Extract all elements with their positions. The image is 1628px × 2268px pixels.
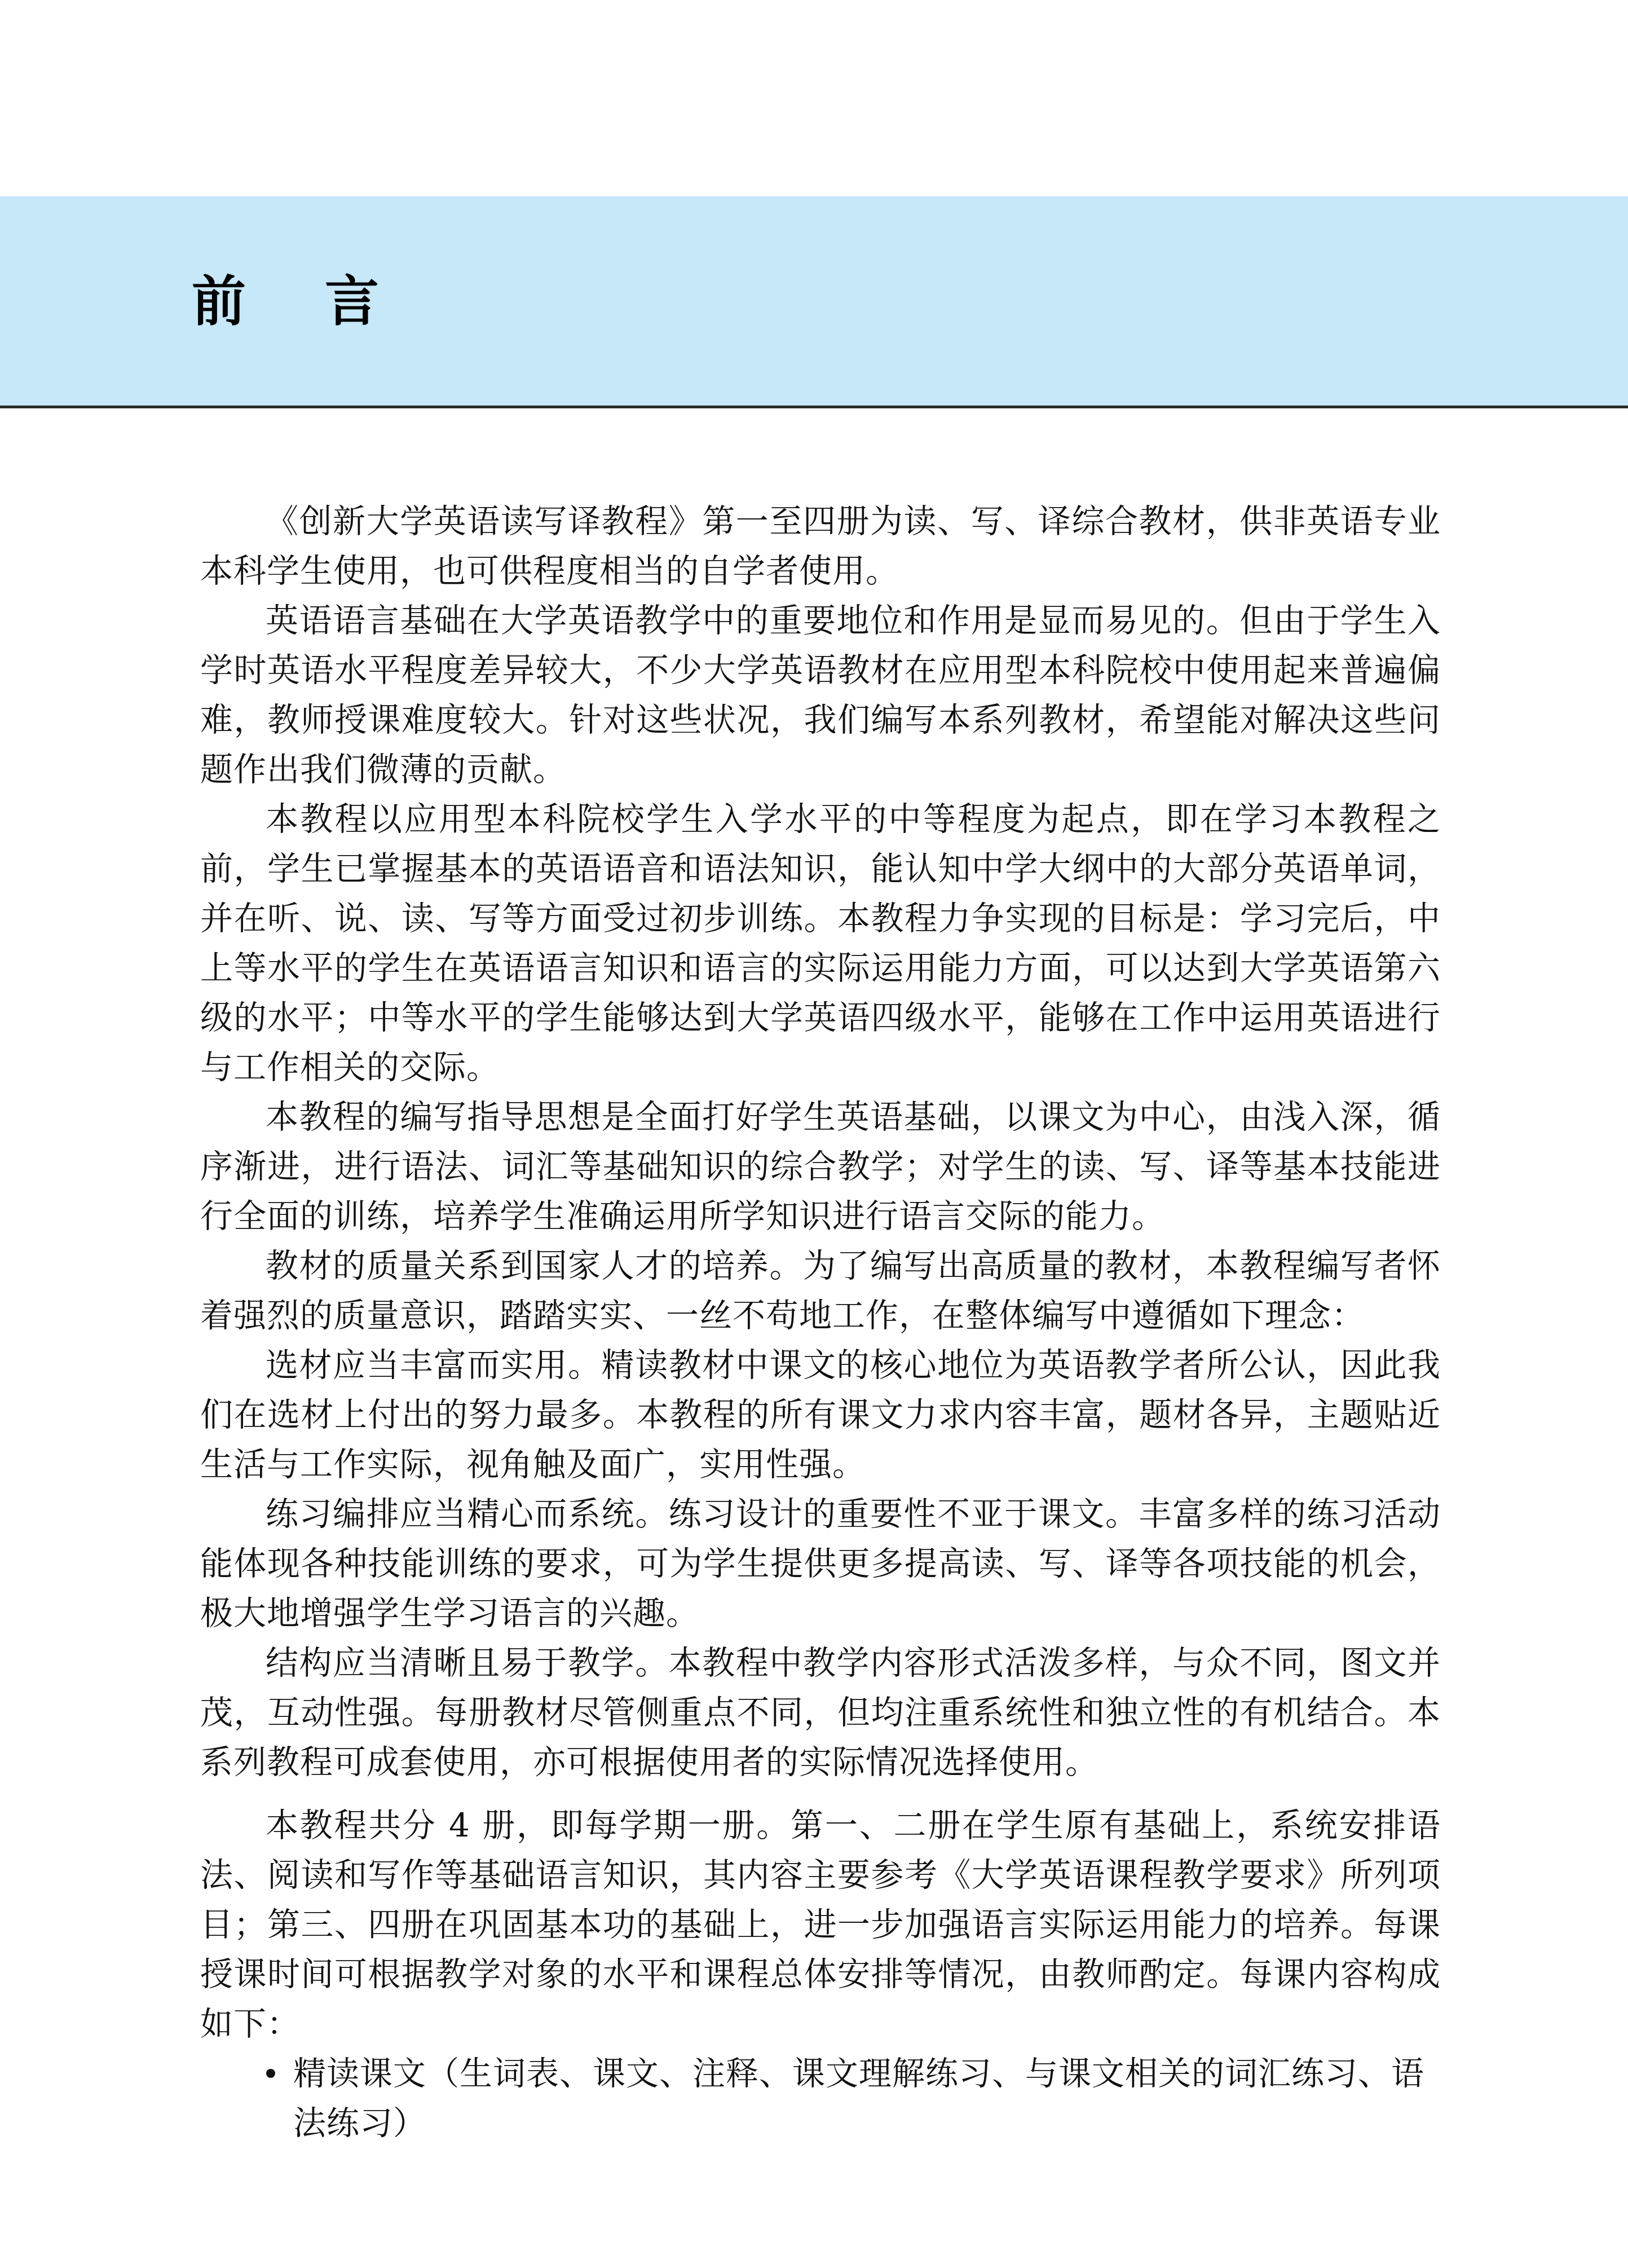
paragraph-guiding-principle: 本教程的编写指导思想是全面打好学生英语基础，以课文为中心，由浅入深，循序渐进，进… bbox=[200, 1092, 1441, 1241]
page-title-char-1: 前 bbox=[192, 274, 246, 328]
list-item: 精读课文（生词表、课文、注释、课文理解练习、与课文相关的词汇练习、语法练习） bbox=[200, 2049, 1441, 2148]
paragraph-volumes: 本教程共分 4 册，即每学期一册。第一、二册在学生原有基础上，系统安排语法、阅读… bbox=[200, 1800, 1441, 2049]
preface-body: 《创新大学英语读写译教程》第一至四册为读、写、译综合教材，供非英语专业本科学生使… bbox=[200, 496, 1441, 2148]
lesson-components-list: 精读课文（生词表、课文、注释、课文理解练习、与课文相关的词汇练习、语法练习） bbox=[200, 2049, 1441, 2148]
bullet-icon bbox=[266, 2069, 275, 2078]
title-banner: 前言 bbox=[0, 196, 1628, 408]
paragraph-starting-level: 本教程以应用型本科院校学生入学水平的中等程度为起点，即在学习本教程之前，学生已掌… bbox=[200, 794, 1441, 1092]
paragraph-material-selection: 选材应当丰富而实用。精读教材中课文的核心地位为英语教学者所公认，因此我们在选材上… bbox=[200, 1340, 1441, 1489]
paragraph-quality: 教材的质量关系到国家人才的培养。为了编写出高质量的教材，本教程编写者怀着强烈的质… bbox=[200, 1241, 1441, 1340]
page-title-char-2: 言 bbox=[325, 274, 379, 328]
paragraph-background: 英语语言基础在大学英语教学中的重要地位和作用是显而易见的。但由于学生入学时英语水… bbox=[200, 596, 1441, 794]
page-title: 前言 bbox=[192, 274, 379, 328]
paragraph-structure: 结构应当清晰且易于教学。本教程中教学内容形式活泼多样，与众不同，图文并茂，互动性… bbox=[200, 1638, 1441, 1787]
paragraph-exercise-design: 练习编排应当精心而系统。练习设计的重要性不亚于课文。丰富多样的练习活动能体现各种… bbox=[200, 1489, 1441, 1638]
list-item-text: 精读课文（生词表、课文、注释、课文理解练习、与课文相关的词汇练习、语法练习） bbox=[293, 2054, 1424, 2142]
paragraph-intro: 《创新大学英语读写译教程》第一至四册为读、写、译综合教材，供非英语专业本科学生使… bbox=[200, 496, 1441, 596]
